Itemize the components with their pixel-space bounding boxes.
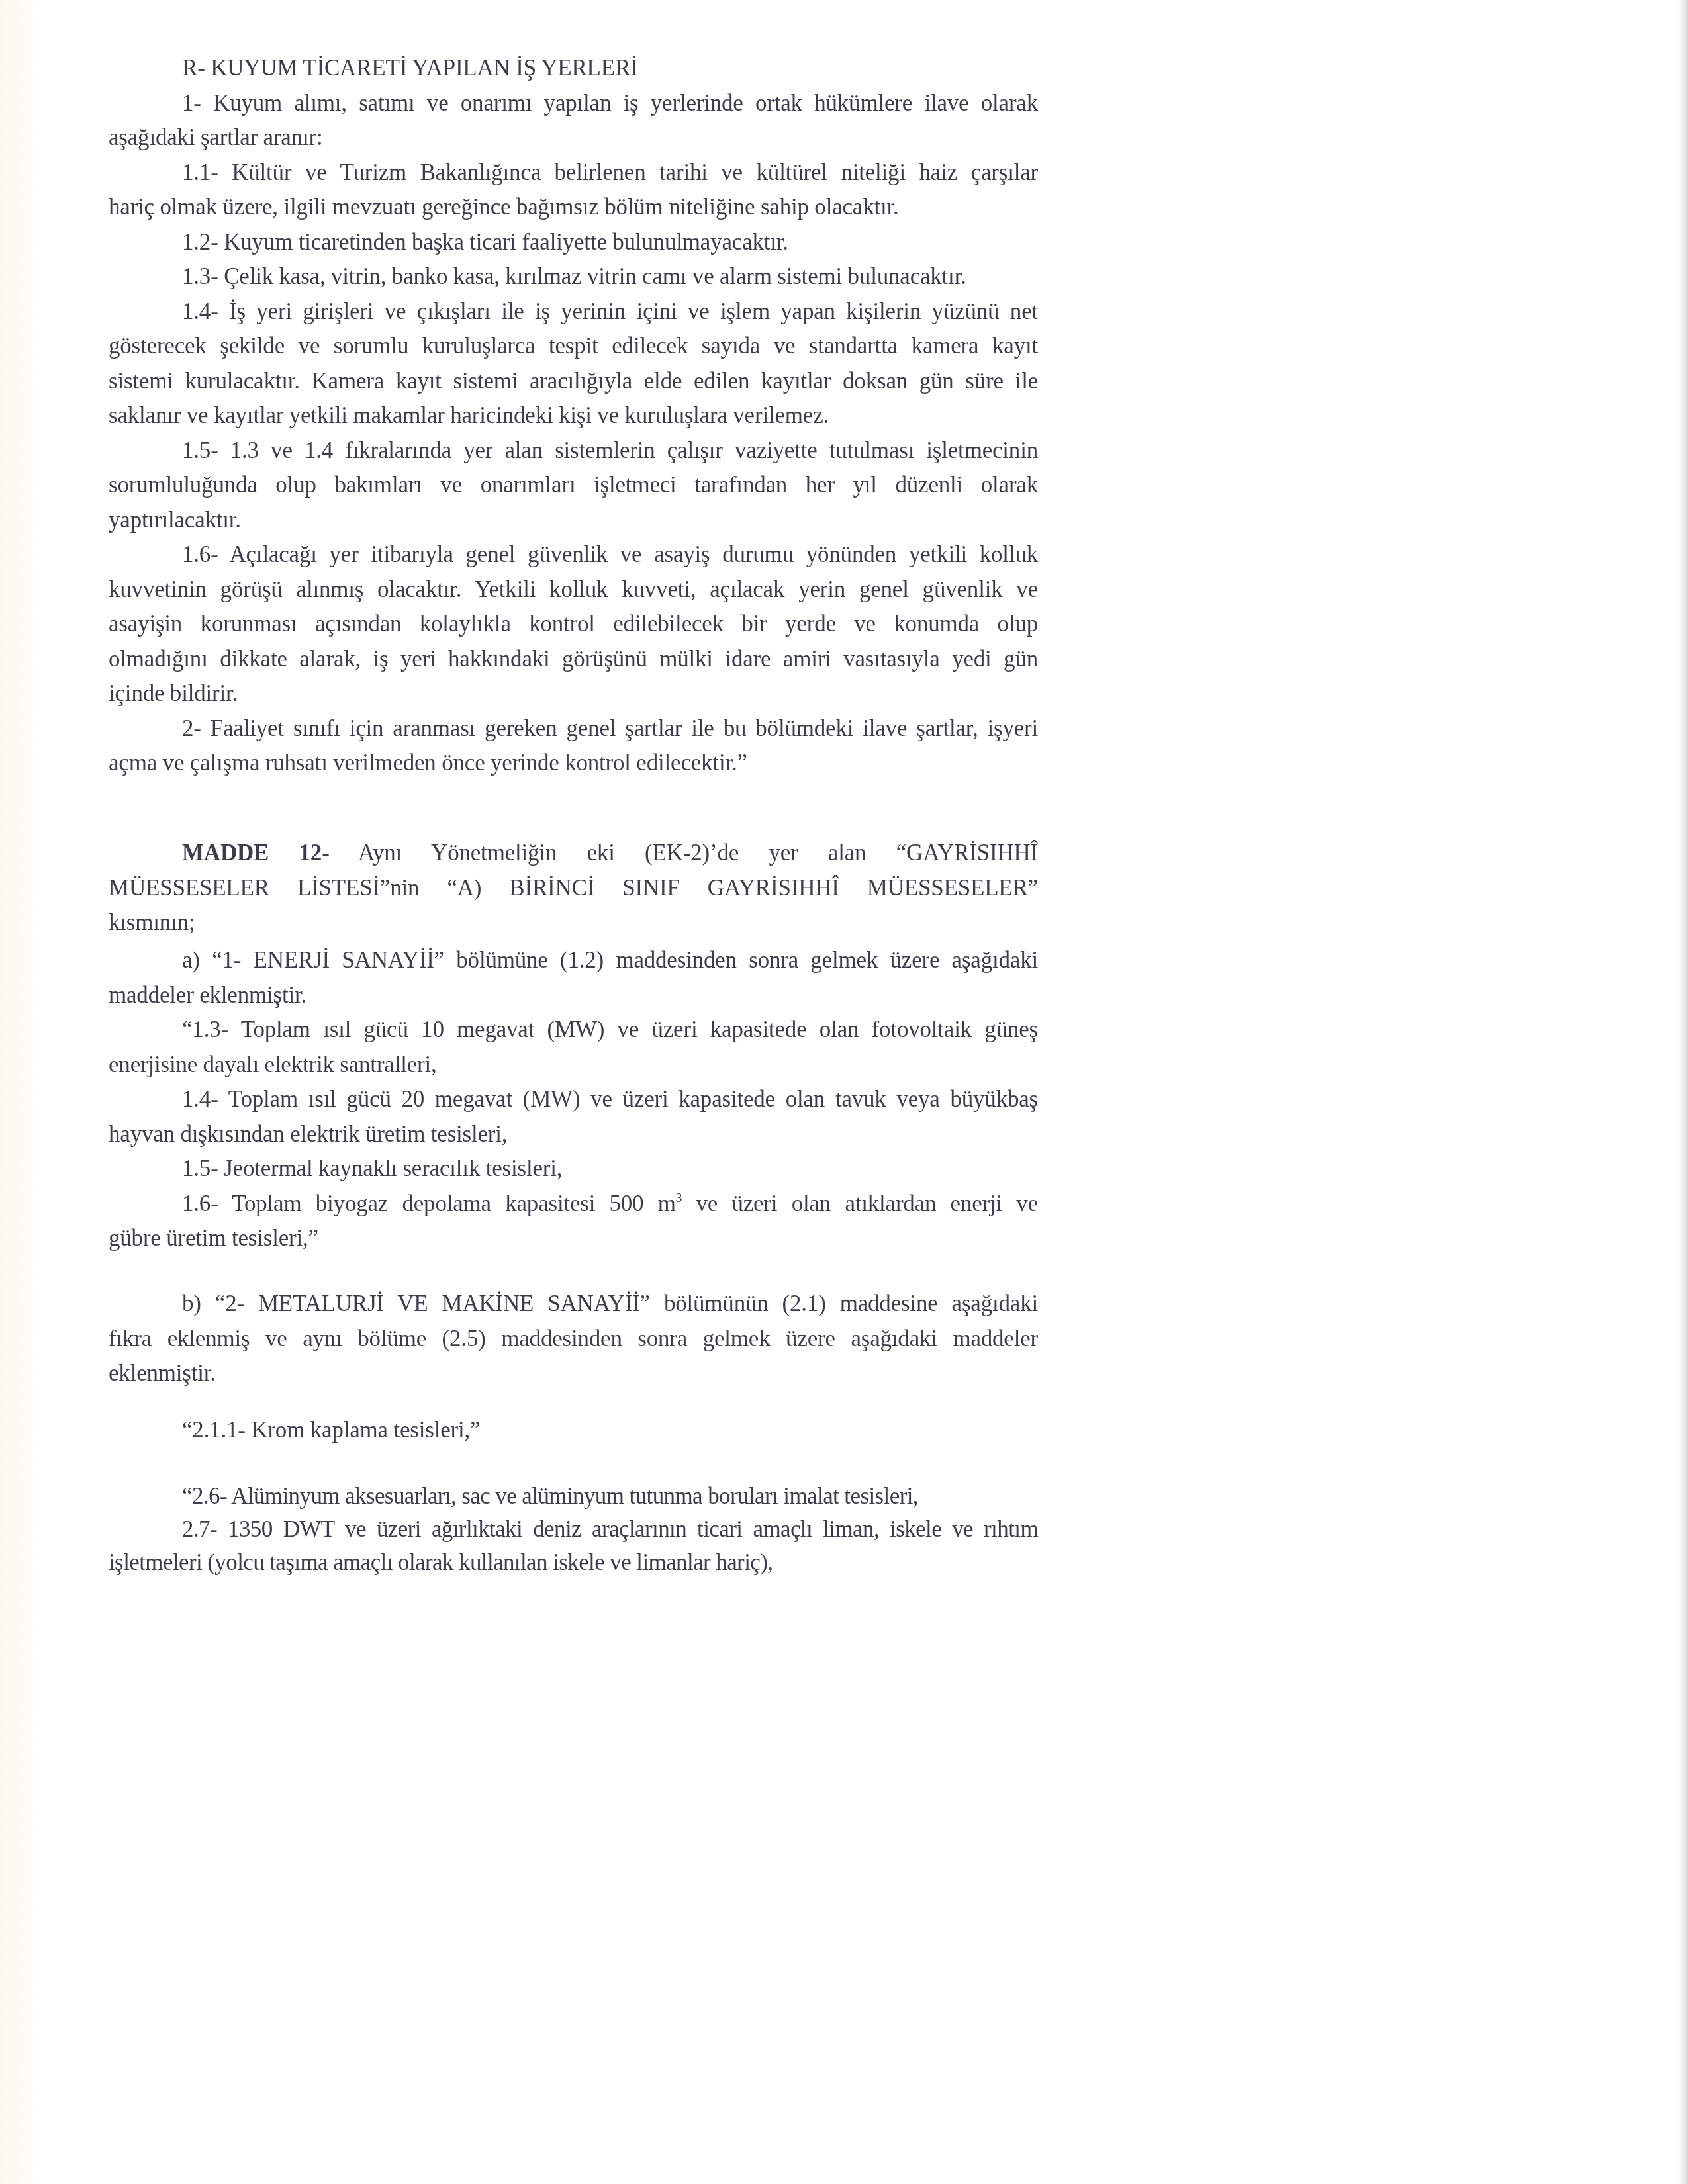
- part-a-line: a) “1- ENERJİ SANAYİİ” bölümüne (1.2) ma…: [182, 943, 1038, 978]
- paragraph-line: aşağıdaki şartlar aranır:: [109, 120, 1038, 156]
- paragraph-line: kuvvetinin görüşü alınmış olacaktır. Yet…: [109, 572, 1038, 608]
- paragraph-line: 2- Faaliyet sınıfı için aranması gereken…: [182, 711, 1038, 747]
- part-b-line: b) “2- METALURJİ VE MAKİNE SANAYİİ” bölü…: [182, 1287, 1038, 1322]
- item-2-6: “2.6- Alüminyum aksesuarları, sac ve alü…: [182, 1479, 1111, 1514]
- paragraph-line: 1- Kuyum alımı, satımı ve onarımı yapıla…: [182, 86, 1038, 121]
- article-12-line-1: MADDE 12- Aynı Yönetmeliğin eki (EK-2)’d…: [182, 836, 1038, 871]
- item-2-7-cont: işletmeleri (yolcu taşıma amaçlı olarak …: [109, 1545, 1038, 1580]
- paragraph-line: asayişin korunması açısından kolaylıkla …: [109, 607, 1038, 642]
- article-12-line-3: kısmının;: [109, 905, 1038, 940]
- item-1-5: 1.5- Jeotermal kaynaklı seracılık tesisl…: [182, 1152, 1111, 1187]
- paragraph-line: 1.3- Çelik kasa, vitrin, banko kasa, kır…: [182, 259, 1111, 295]
- paragraph-line: 1.5- 1.3 ve 1.4 fıkralarında yer alan si…: [182, 433, 1038, 469]
- paragraph-line: 1.2- Kuyum ticaretinden başka ticari faa…: [182, 225, 1111, 260]
- item-2-1-1: “2.1.1- Krom kaplama tesisleri,”: [182, 1413, 1111, 1448]
- paragraph-line: 1.4- İş yeri girişleri ve çıkışları ile …: [182, 295, 1038, 330]
- item-2-7: 2.7- 1350 DWT ve üzeri ağırlıktaki deniz…: [182, 1512, 1038, 1547]
- item-1-6: 1.6- Toplam biyogaz depolama kapasitesi …: [182, 1187, 1038, 1222]
- part-a-line: maddeler eklenmiştir.: [109, 978, 1038, 1013]
- item-1-3-cont: enerjisine dayalı elektrik santralleri,: [109, 1048, 1038, 1083]
- paragraph-line: hariç olmak üzere, ilgili mevzuatı gereğ…: [109, 190, 1038, 225]
- item-1-6-cont: gübre üretim tesisleri,”: [109, 1221, 1038, 1256]
- item-1-4: 1.4- Toplam ısıl gücü 20 megavat (MW) ve…: [182, 1082, 1038, 1117]
- article-12-line-2: MÜESSESELER LİSTESİ”nin “A) BİRİNCİ SINI…: [109, 871, 1038, 906]
- part-b-line: eklenmiştir.: [109, 1356, 1038, 1391]
- paragraph-line: 1.1- Kültür ve Turizm Bakanlığınca belir…: [182, 156, 1038, 191]
- part-b-line: fıkra eklenmiş ve aynı bölüme (2.5) madd…: [109, 1322, 1038, 1357]
- paragraph-line: sorumluluğunda olup bakımları ve onarıml…: [109, 468, 1038, 503]
- item-1-3: “1.3- Toplam ısıl gücü 10 megavat (MW) v…: [182, 1013, 1038, 1048]
- paragraph-line: 1.6- Açılacağı yer itibarıyla genel güve…: [182, 537, 1038, 572]
- scan-border-right: [1679, 0, 1688, 2184]
- paragraph-line: gösterecek şekilde ve sorumlu kuruluşlar…: [109, 329, 1038, 364]
- paragraph-line: açma ve çalışma ruhsatı verilmeden önce …: [109, 746, 1038, 781]
- paragraph-line: sistemi kurulacaktır. Kamera kayıt siste…: [109, 364, 1038, 399]
- paragraph-line: saklanır ve kayıtlar yetkili makamlar ha…: [109, 398, 1038, 433]
- paragraph-line: olmadığını dikkate alarak, iş yeri hakkı…: [109, 642, 1038, 677]
- scan-border-left: [0, 0, 40, 2184]
- paragraph-line: içinde bildirir.: [109, 676, 1038, 711]
- item-1-4-cont: hayvan dışkısından elektrik üretim tesis…: [109, 1117, 1038, 1152]
- section-title: R- KUYUM TİCARETİ YAPILAN İŞ YERLERİ: [182, 51, 1111, 86]
- article-label: MADDE 12-: [182, 840, 330, 866]
- paragraph-line: yaptırılacaktır.: [109, 503, 1038, 538]
